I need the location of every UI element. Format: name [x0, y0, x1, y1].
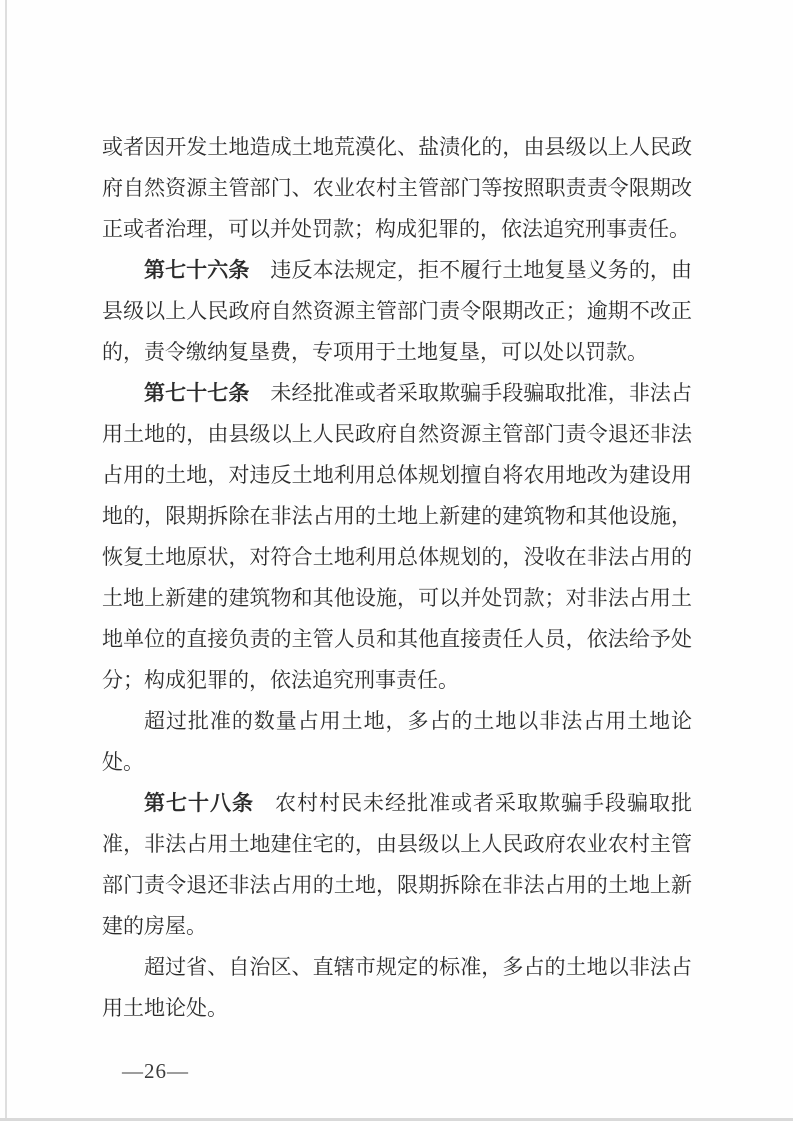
- paragraph-text: 或者因开发土地造成土地荒漠化、盐渍化的，由县级以上人民政府自然资源主管部门、农业…: [102, 135, 692, 241]
- paragraph-article-76: 第七十六条违反本法规定，拒不履行土地复垦义务的，由县级以上人民政府自然资源主管部…: [102, 250, 692, 373]
- paragraph-continuation: 或者因开发土地造成土地荒漠化、盐渍化的，由县级以上人民政府自然资源主管部门、农业…: [102, 127, 692, 250]
- paragraph-article-78: 第七十八条农村村民未经批准或者采取欺骗手段骗取批准，非法占用土地建住宅的，由县级…: [102, 783, 692, 947]
- article-77-number: 第七十七条: [144, 381, 249, 405]
- paragraph-text: 超过批准的数量占用土地，多占的土地以非法占用土地论处。: [102, 709, 692, 774]
- scanned-document-page: 或者因开发土地造成土地荒漠化、盐渍化的，由县级以上人民政府自然资源主管部门、农业…: [0, 0, 793, 1121]
- paragraph-text: 未经批准或者采取欺骗手段骗取批准，非法占用土地的，由县级以上人民政府自然资源主管…: [102, 381, 692, 692]
- page-number: —26—: [122, 1056, 189, 1086]
- paragraph-article-77: 第七十七条未经批准或者采取欺骗手段骗取批准，非法占用土地的，由县级以上人民政府自…: [102, 373, 692, 701]
- article-78-number: 第七十八条: [144, 791, 254, 815]
- paragraph-text: 超过省、自治区、直辖市规定的标准，多占的土地以非法占用土地论处。: [102, 955, 692, 1020]
- scan-edge-left-line: [5, 0, 7, 1121]
- document-body: 或者因开发土地造成土地荒漠化、盐渍化的，由县级以上人民政府自然资源主管部门、农业…: [102, 127, 692, 1029]
- paragraph-article-78-supplement: 超过省、自治区、直辖市规定的标准，多占的土地以非法占用土地论处。: [102, 947, 692, 1029]
- paragraph-article-77-supplement: 超过批准的数量占用土地，多占的土地以非法占用土地论处。: [102, 701, 692, 783]
- article-76-number: 第七十六条: [144, 258, 249, 282]
